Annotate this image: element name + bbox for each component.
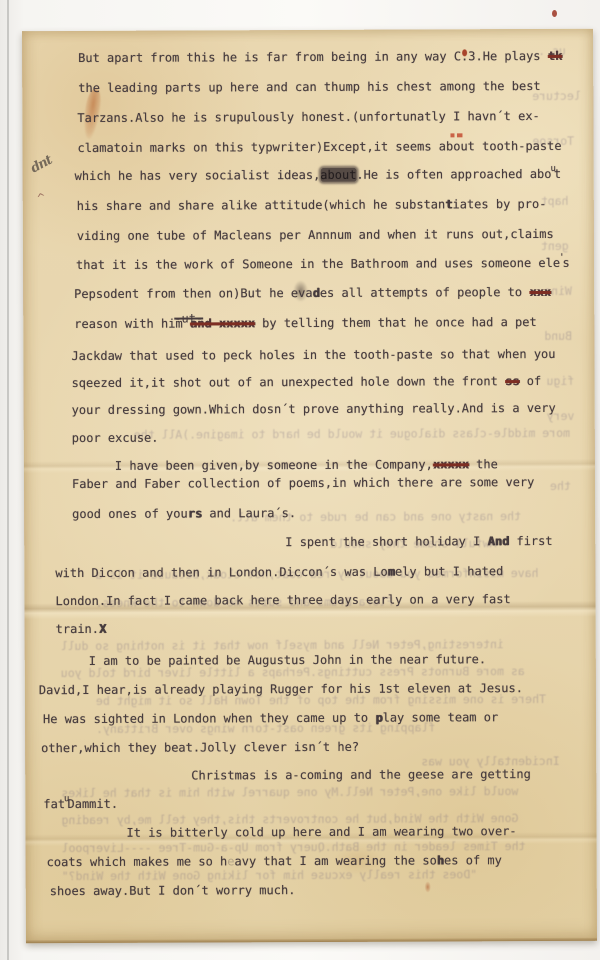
typed-line: reason with him and xxxxx by telling the… — [74, 315, 536, 331]
typed-text: your dressing gown.Which dosn´t prove an… — [72, 401, 556, 417]
typed-text: viding one tube of Macleans per Annnum a… — [77, 227, 554, 243]
bleedthrough-line: interesting,Peter Nell and myself now th… — [61, 637, 504, 653]
inked-out-text: about — [320, 168, 356, 182]
typed-line: good ones of yours and Laura´s. — [72, 506, 296, 521]
overtyped-text: d — [313, 286, 320, 300]
bleedthrough-line: "Does this really excuse him for liking … — [62, 867, 477, 883]
struckout-text: tk — [548, 49, 563, 63]
typed-line: It is bitterly cold up here and I am wea… — [126, 824, 516, 840]
rust-spot — [425, 881, 431, 892]
typed-line: your dressing gown.Which dosn´t prove an… — [72, 401, 556, 417]
inserted-character: u — [64, 794, 69, 804]
struckout-text: xxx — [529, 285, 551, 299]
overtyped-text: And — [488, 534, 510, 548]
typed-line: But apart from this he is far from being… — [78, 49, 562, 65]
typed-text: poor excuse. — [72, 431, 159, 445]
typed-text: the — [469, 457, 498, 471]
typed-text: Jackdaw that used to peck holes in the t… — [71, 347, 555, 363]
overtyped-text: X — [99, 622, 106, 636]
typed-text-layer: But apart from this he is far from being… — [22, 29, 593, 31]
typed-text: first — [509, 534, 552, 548]
typed-text: coats which makes me so h — [47, 854, 228, 869]
typed-text: Pepsodent from then on)But he eva — [74, 286, 312, 301]
typed-text: .He is often approached abo — [356, 167, 551, 182]
typed-text: that it is the work of Someone in the Ba… — [76, 256, 560, 272]
typed-line: I am to be painted be Augustus John in t… — [89, 652, 486, 668]
typed-text: other,which they beat.Jolly clever isn´t… — [41, 740, 359, 755]
typed-line: London.In fact I came back here three da… — [55, 592, 510, 608]
typed-line: shoes away.But I don´t worry much. — [50, 883, 296, 898]
typed-line: clamatoin marks on this typwriter)Except… — [77, 139, 561, 155]
typed-text: I have been given,by someone in the Comp… — [115, 457, 433, 472]
typed-text: ely but I hated — [395, 564, 503, 578]
typed-text: Tarzans.Also he is srupulously honest.(u… — [77, 109, 539, 125]
typed-text: I spent the short holiday I — [285, 534, 487, 549]
bleedthrough-line: would like one,Peter Nell.My one quarrel… — [61, 784, 518, 800]
struckout-text: ss — [505, 374, 520, 388]
typed-text: shoes away.But I don´t worry much. — [50, 883, 296, 898]
typed-text: lay some team or — [383, 710, 499, 725]
typed-line: David,I hear,is already playing Rugger f… — [39, 681, 523, 697]
typed-line: his share and share alike attitude(which… — [77, 197, 547, 213]
scanner-edge-artifact — [7, 0, 9, 960]
typed-line: other,which they beat.Jolly clever isn´t… — [41, 740, 359, 755]
bleedthrough-line: the — [550, 479, 571, 493]
overtyped-text: m — [388, 565, 395, 579]
typed-line: the leading parts up here and can thump … — [78, 79, 540, 95]
typed-text: and Laura´s. — [202, 506, 296, 520]
typed-line: Pepsodent from then on)But he evades all… — [74, 285, 551, 301]
typed-line: Tarzans.Also he is srupulously honest.(u… — [77, 109, 539, 125]
overtyped-text: rs — [188, 506, 203, 520]
scanned-letter: more middle-class dialogue it would be h… — [0, 0, 600, 960]
typed-text: sqeezed it,it shot out of an unexpected … — [72, 374, 506, 390]
typed-text: which he has very socialist ideas, — [75, 168, 321, 183]
red-ink-marks — [450, 133, 462, 137]
typed-text: reason with him — [74, 317, 190, 332]
typed-text: iates by pro- — [452, 197, 546, 211]
typed-text: But apart from this he is far from being… — [78, 49, 548, 65]
bleedthrough-line: Bund — [544, 329, 572, 343]
typed-text: Dammit. — [67, 797, 118, 811]
typed-line: Christmas is a-coming and the geese are … — [191, 767, 531, 782]
typed-line: train.X — [56, 622, 107, 636]
rust-spot — [552, 10, 557, 17]
typed-line: Jackdaw that used to peck holes in the t… — [71, 347, 555, 363]
typed-text: avy that I am wearing the so — [234, 853, 436, 868]
bleedthrough-line: figu — [547, 374, 575, 388]
typed-text: David,I hear,is already playing Rugger f… — [39, 681, 523, 697]
inserted-character: u — [550, 164, 555, 174]
typed-text: clamatoin marks on this typwriter)Except… — [77, 139, 561, 155]
inserted-character: ' — [559, 253, 564, 263]
typed-text: es all attempts of people to — [320, 285, 530, 300]
typed-line: coats which makes me so heavy that I am … — [47, 853, 502, 869]
typed-text: fat — [43, 797, 65, 811]
typed-correction: -ut- — [174, 311, 203, 325]
overtyped-text: t — [445, 197, 452, 211]
typed-line: that it is the work of Someone in the Ba… — [76, 256, 570, 272]
bleedthrough-layer: more middle-class dialogue it would be h… — [22, 29, 593, 31]
typed-text: I am to be painted be Augustus John in t… — [89, 652, 486, 668]
typed-text: good ones of you — [72, 507, 188, 522]
typed-text: with Diccon and then in London.Diccon´s … — [55, 565, 387, 580]
typed-text: by telling them that he once had a pet — [255, 315, 537, 330]
typed-text: Christmas is a-coming and the geese are … — [191, 767, 531, 782]
handwritten-annotation: dnt — [28, 153, 54, 176]
typed-text: London.In fact I came back here three da… — [55, 592, 510, 608]
typed-line: He was sighted in London when they came … — [43, 710, 498, 726]
typed-line: viding one tube of Macleans per Annnum a… — [77, 227, 554, 243]
faint-character: e — [227, 854, 234, 868]
typed-line: I spent the short holiday I And first — [285, 534, 552, 549]
letter-page: more middle-class dialogue it would be h… — [22, 29, 597, 943]
typed-line: Faber and Faber collection of poems,in w… — [72, 475, 534, 491]
typed-text: the leading parts up here and can thump … — [78, 79, 540, 95]
typed-text: es of my — [444, 853, 502, 867]
struckout-text: xxxxx — [433, 457, 469, 471]
typed-text: Faber and Faber collection of poems,in w… — [72, 475, 534, 491]
typed-line: with Diccon and then in London.Diccon´s … — [55, 564, 503, 580]
typed-line: sqeezed it,it shot out of an unexpected … — [72, 374, 542, 390]
typed-text: his share and share alike attitude(which… — [77, 197, 446, 213]
bleedthrough-line: more middle-class dialogue it would be h… — [134, 426, 570, 442]
typed-line: I have been given,by someone in the Comp… — [115, 457, 498, 473]
typed-text: of — [519, 374, 541, 388]
typed-text: It is bitterly cold up here and I am wea… — [126, 824, 516, 840]
typed-line: fatuDammit. — [43, 797, 118, 811]
typed-line: poor excuse. — [72, 431, 159, 445]
bleedthrough-line: gent — [541, 239, 569, 253]
typed-text: train. — [56, 622, 99, 636]
typed-text: He was sighted in London when they came … — [43, 711, 375, 726]
typed-line: which he has very socialist ideas,about.… — [75, 167, 562, 183]
insertion-caret: ^ — [35, 190, 47, 205]
overtyped-text: p — [375, 711, 382, 725]
